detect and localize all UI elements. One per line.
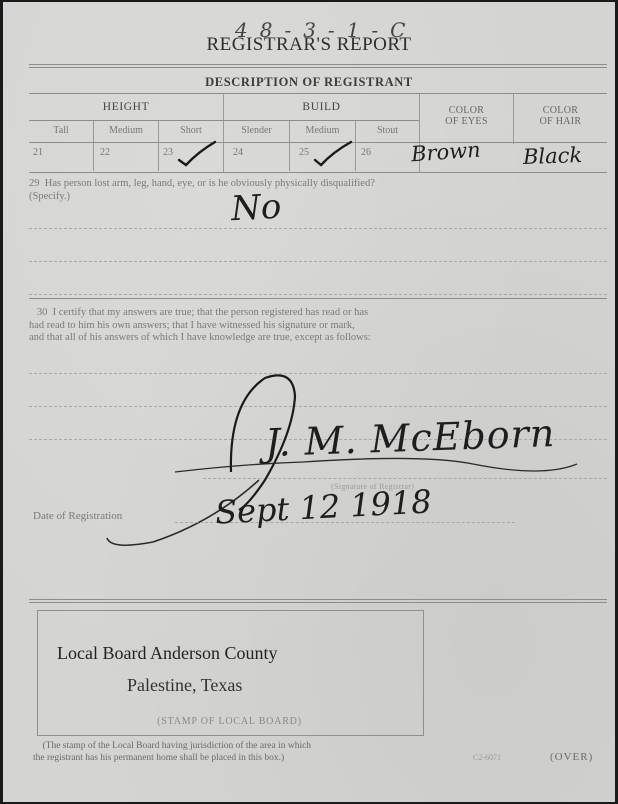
form-code: C2-6071	[473, 752, 501, 764]
over-indicator: (OVER)	[550, 751, 593, 763]
divider	[29, 599, 607, 600]
divider	[29, 602, 607, 603]
registration-card: REGISTRAR'S REPORT 48-3-1-C DESCRIPTION …	[3, 2, 615, 802]
date-of-registration-label: Date of Registration	[33, 510, 122, 523]
stamp-caption: (STAMP OF LOCAL BOARD)	[3, 716, 456, 727]
stamp-instructions: (The stamp of the Local Board having jur…	[33, 740, 311, 764]
stamp-line-2: Palestine, Texas	[127, 675, 242, 696]
stamp-line-1: Local Board Anderson County	[57, 643, 277, 664]
